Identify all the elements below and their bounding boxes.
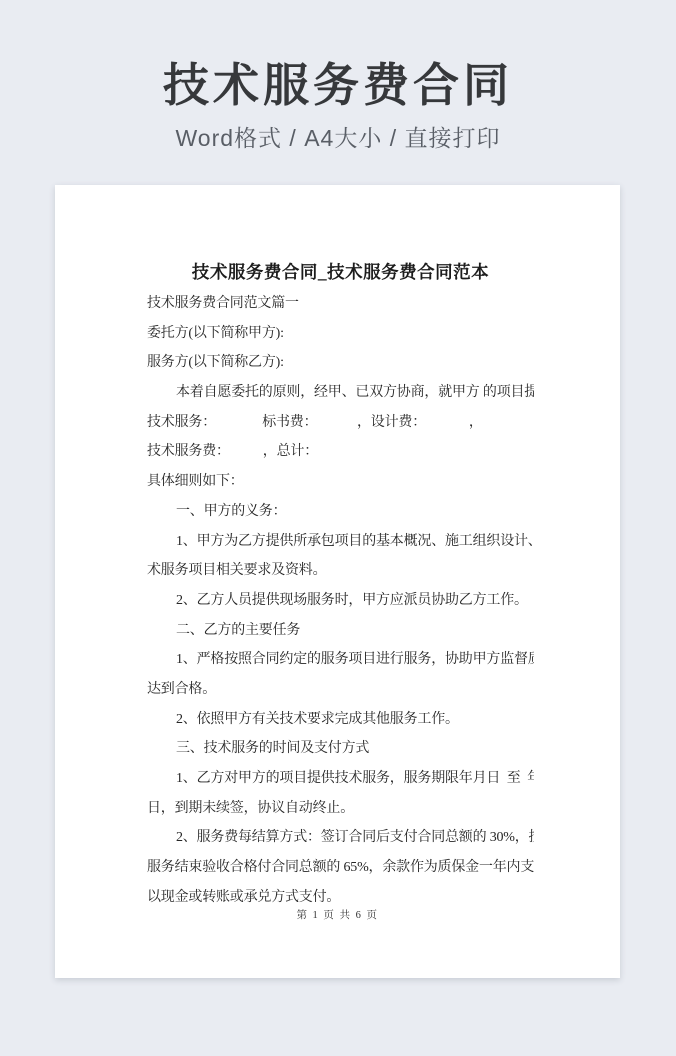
document-line: 2、服务费每结算方式：签订合同后支付合同总额的 30%，技术 <box>147 823 534 853</box>
document-line: 日，到期未续签，协议自动终止。 <box>147 794 534 824</box>
document-line: 2、依照甲方有关技术要求完成其他服务工作。 <box>147 705 534 735</box>
document-line: 2、乙方人员提供现场服务时，甲方应派员协助乙方工作。 <box>147 586 534 616</box>
document-line: 服务方(以下简称乙方): <box>147 348 534 378</box>
page-title: 技术服务费合同 <box>0 60 676 111</box>
document-heading: 技术服务费合同_技术服务费合同范本 <box>147 259 534 285</box>
header: 技术服务费合同 Word格式 / A4大小 / 直接打印 <box>0 0 676 153</box>
document-line: 达到合格。 <box>147 675 534 705</box>
document-line: 技术服务费合同范文篇一 <box>147 289 534 319</box>
document-line: 一、甲方的义务： <box>147 497 534 527</box>
document-line: 技术服务费： ，总计： <box>147 437 534 467</box>
document-line: 1、乙方对甲方的项目提供技术服务，服务期限年月日 至 年 月 <box>147 764 534 794</box>
document-line: 1、甲方为乙方提供所承包项目的基本概况、施工组织设计、技 <box>147 527 534 557</box>
document-line: 技术服务： 标书费： ，设计费： ， <box>147 408 534 438</box>
page-subtitle: Word格式 / A4大小 / 直接打印 <box>0 120 676 153</box>
document-body: 技术服务费合同范文篇一委托方(以下简称甲方):服务方(以下简称乙方):本着自愿委… <box>147 289 534 912</box>
document-line: 术服务项目相关要求及资料。 <box>147 556 534 586</box>
document-line: 服务结束验收合格付合同总额的 65%，余款作为质保金一年内支付。 <box>147 853 534 883</box>
page-background: 技术服务费合同 Word格式 / A4大小 / 直接打印 技术服务费合同_技术服… <box>0 0 676 1056</box>
document-line: 具体细则如下： <box>147 467 534 497</box>
document-line: 本着自愿委托的原则，经甲、已双方协商，就甲方 的项目提供 <box>147 378 534 408</box>
document-page: 技术服务费合同_技术服务费合同范本 技术服务费合同范文篇一委托方(以下简称甲方)… <box>55 185 620 978</box>
page-footer: 第 1 页 共 6 页 <box>55 907 620 922</box>
document-line: 二、乙方的主要任务 <box>147 616 534 646</box>
document-line: 1、严格按照合同约定的服务项目进行服务，协助甲方监督质量 <box>147 645 534 675</box>
document-line: 三、技术服务的时间及支付方式 <box>147 734 534 764</box>
document-line: 委托方(以下简称甲方): <box>147 319 534 349</box>
